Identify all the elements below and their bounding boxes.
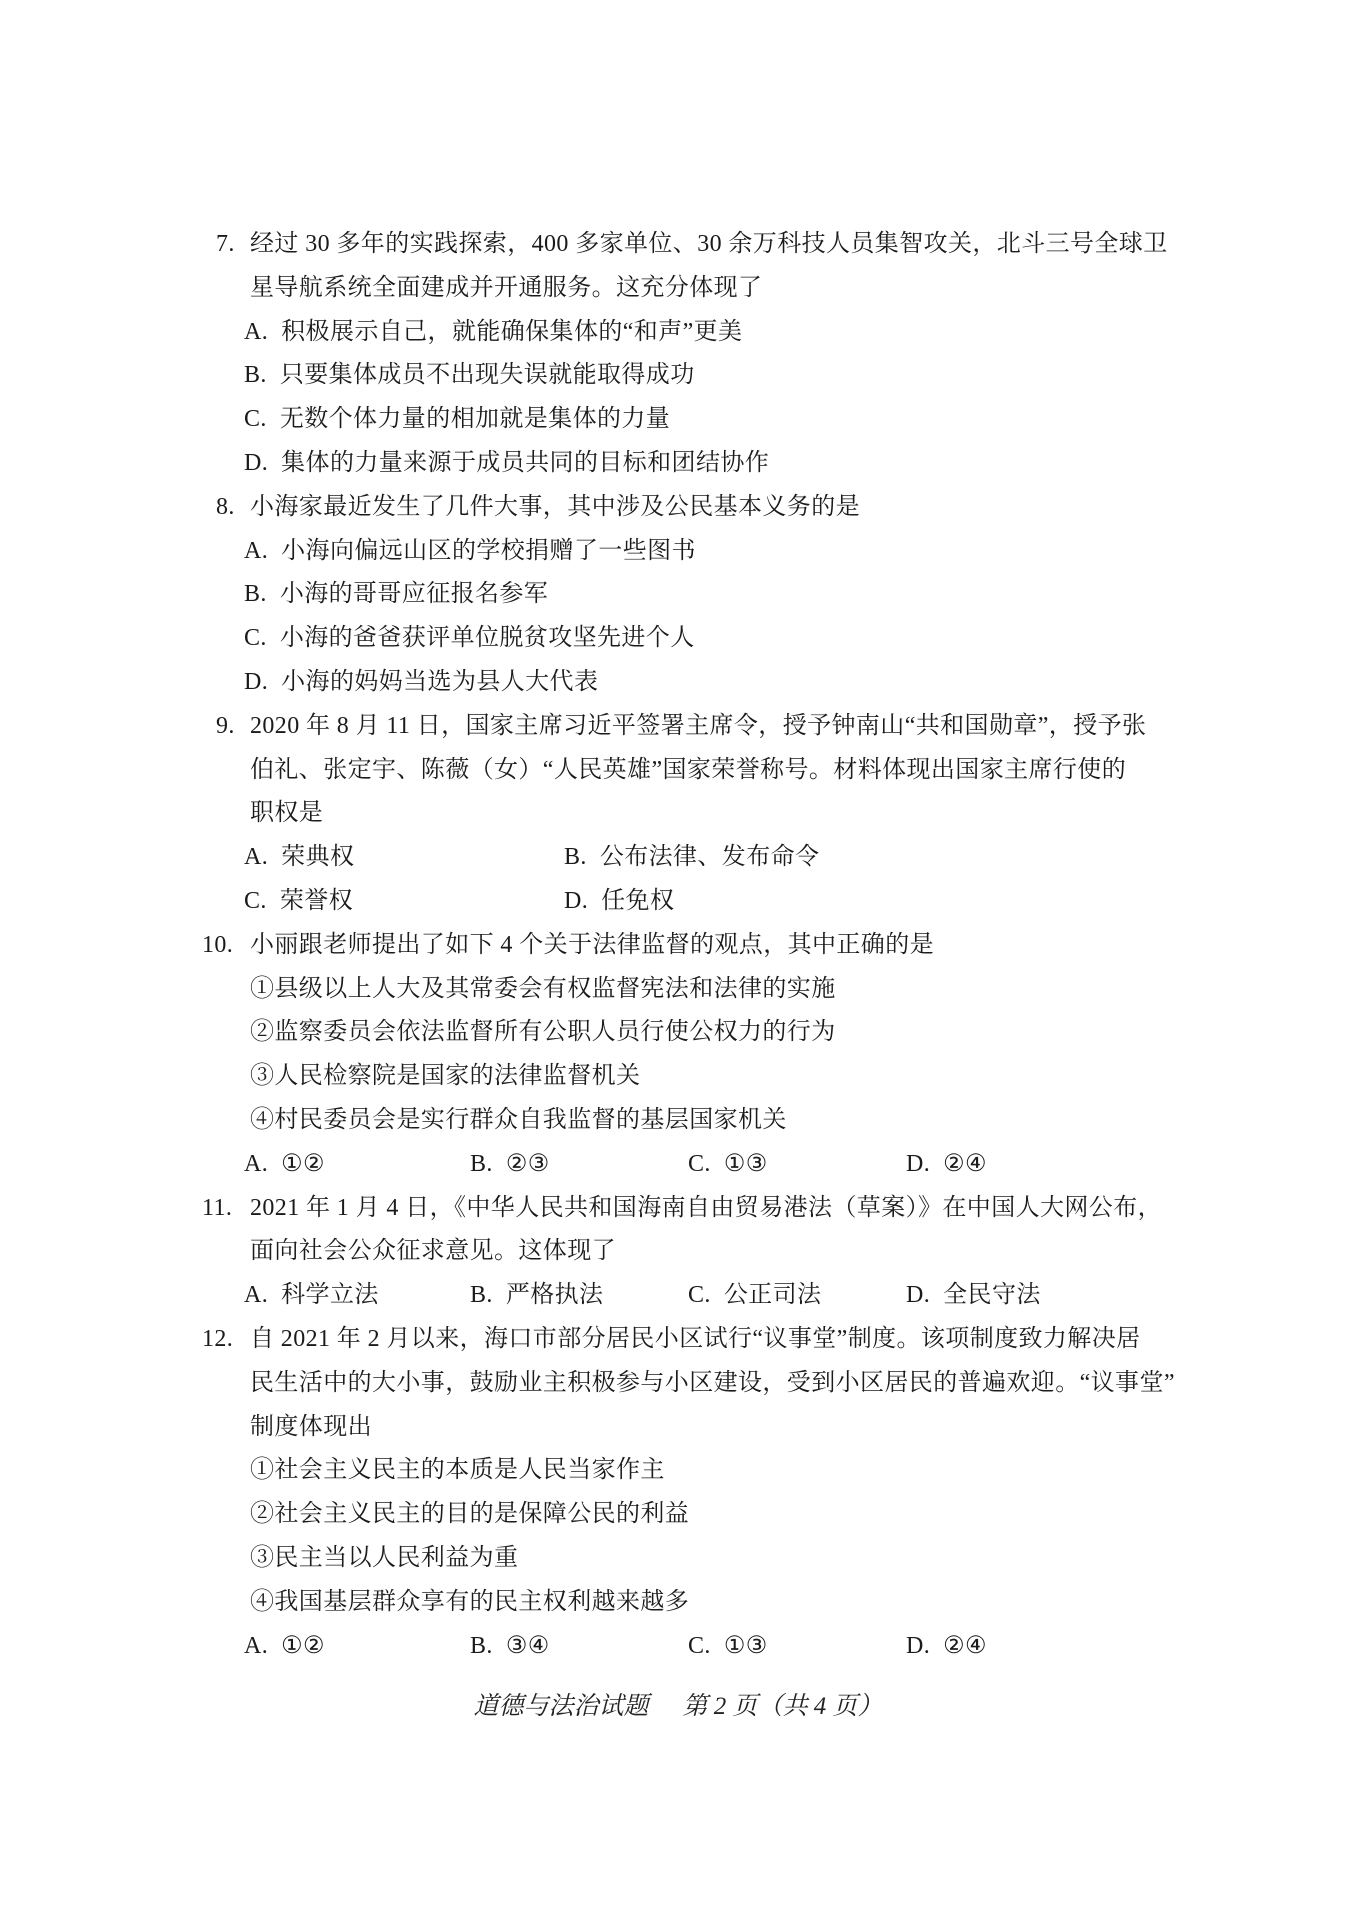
option-label: D.: [906, 1151, 930, 1177]
question-7-option-d: D.集体的力量来源于成员共同的目标和团结协作: [0, 442, 1356, 486]
question-number: 11.: [202, 1187, 232, 1231]
question-12-stem-line: 12. 自 2021 年 2 月以来，海口市部分居民小区试行“议事堂”制度。该项…: [0, 1318, 1356, 1362]
option-label: B.: [244, 581, 267, 607]
question-stem-text: 经过 30 多年的实践探索，400 多家单位、30 余万科技人员集智攻关，北斗三…: [250, 223, 1168, 267]
subitem-text: ④我国基层群众享有的民主权利越来越多: [250, 1581, 689, 1625]
question-10-options-row: A.①② B.②③ C.①③ D.②④: [0, 1143, 1356, 1187]
question-number: 10.: [202, 924, 233, 968]
option-text: 只要集体成员不出现失误就能取得成功: [280, 362, 695, 388]
option-label: B.: [470, 1633, 493, 1659]
question-12-options-row: A.①② B.③④ C.①③ D.②④: [0, 1625, 1356, 1669]
subitem-text: ②社会主义民主的目的是保障公民的利益: [250, 1493, 689, 1537]
question-9-stem-line: 职权是: [0, 792, 1356, 836]
question-8-stem-line: 8. 小海家最近发生了几件大事，其中涉及公民基本义务的是: [0, 486, 1356, 530]
question-number: 7.: [216, 223, 235, 267]
question-stem-text: 星导航系统全面建成并开通服务。这充分体现了: [250, 267, 762, 311]
option-text: ①②: [281, 1633, 325, 1659]
question-7-option-c: C.无数个体力量的相加就是集体的力量: [0, 398, 1356, 442]
question-stem-text: 制度体现出: [250, 1406, 372, 1450]
question-8-option-d: D.小海的妈妈当选为县人大代表: [0, 661, 1356, 705]
option-label: A.: [244, 538, 268, 564]
option-label: C.: [688, 1151, 711, 1177]
option-label: B.: [244, 362, 267, 388]
question-9-options-row-1: A.荣典权 B.公布法律、发布命令: [0, 836, 1356, 880]
question-10-subitem-3: ③人民检察院是国家的法律监督机关: [0, 1055, 1356, 1099]
option-text: ①③: [724, 1151, 768, 1177]
option-text: 公正司法: [724, 1282, 822, 1308]
footer-exam-title: 道德与法治试题: [473, 1693, 648, 1720]
option-text: 全民守法: [943, 1282, 1041, 1308]
subitem-text: ①县级以上人大及其常委会有权监督宪法和法律的实施: [250, 968, 836, 1012]
questions-area: 7. 经过 30 多年的实践探索，400 多家单位、30 余万科技人员集智攻关，…: [0, 0, 1356, 1668]
question-12-subitem-4: ④我国基层群众享有的民主权利越来越多: [0, 1581, 1356, 1625]
question-7-stem-line: 7. 经过 30 多年的实践探索，400 多家单位、30 余万科技人员集智攻关，…: [0, 223, 1356, 267]
question-9-stem-line: 9. 2020 年 8 月 11 日，国家主席习近平签署主席令，授予钟南山“共和…: [0, 705, 1356, 749]
question-number: 12.: [202, 1318, 233, 1362]
question-8-option-c: C.小海的爸爸获评单位脱贫攻坚先进个人: [0, 617, 1356, 661]
question-11-stem-line: 面向社会公众征求意见。这体现了: [0, 1230, 1356, 1274]
option-label: A.: [244, 1282, 268, 1308]
option-label: A.: [244, 844, 268, 870]
question-9-stem-line: 伯礼、张定宇、陈薇（女）“人民英雄”国家荣誉称号。材料体现出国家主席行使的: [0, 749, 1356, 793]
question-stem-text: 民生活中的大小事，鼓励业主积极参与小区建设，受到小区居民的普遍欢迎。“议事堂”: [250, 1362, 1175, 1406]
question-7-option-a: A.积极展示自己，就能确保集体的“和声”更美: [0, 311, 1356, 355]
option-text: 无数个体力量的相加就是集体的力量: [280, 406, 670, 432]
option-label: B.: [470, 1282, 493, 1308]
option-text: 积极展示自己，就能确保集体的“和声”更美: [281, 319, 742, 345]
question-12-stem-line: 制度体现出: [0, 1406, 1356, 1450]
question-10-subitem-2: ②监察委员会依法监督所有公职人员行使公权力的行为: [0, 1011, 1356, 1055]
option-label: C.: [244, 406, 267, 432]
option-label: D.: [906, 1282, 930, 1308]
question-12-subitem-3: ③民主当以人民利益为重: [0, 1537, 1356, 1581]
question-9-options-row-2: C.荣誉权 D.任免权: [0, 880, 1356, 924]
option-text: 小海的哥哥应征报名参军: [280, 581, 548, 607]
question-stem-text: 职权是: [250, 792, 323, 836]
question-stem-text: 小海家最近发生了几件大事，其中涉及公民基本义务的是: [250, 486, 860, 530]
option-text: ①③: [724, 1633, 768, 1659]
question-number: 9.: [216, 705, 235, 749]
option-text: ①②: [281, 1151, 325, 1177]
question-number: 8.: [216, 486, 235, 530]
option-label: B.: [564, 844, 587, 870]
option-label: A.: [244, 1633, 268, 1659]
option-text: ③④: [506, 1633, 550, 1659]
option-label: C.: [688, 1633, 711, 1659]
option-label: A.: [244, 319, 268, 345]
option-text: 荣典权: [281, 844, 354, 870]
question-10-subitem-4: ④村民委员会是实行群众自我监督的基层国家机关: [0, 1099, 1356, 1143]
option-text: 严格执法: [506, 1282, 604, 1308]
option-label: C.: [244, 888, 267, 914]
question-10-subitem-1: ①县级以上人大及其常委会有权监督宪法和法律的实施: [0, 968, 1356, 1012]
footer-page-number: 第 2 页（共 4 页）: [683, 1693, 883, 1720]
option-text: 任免权: [601, 888, 674, 914]
question-12-stem-line: 民生活中的大小事，鼓励业主积极参与小区建设，受到小区居民的普遍欢迎。“议事堂”: [0, 1362, 1356, 1406]
question-8-option-b: B.小海的哥哥应征报名参军: [0, 573, 1356, 617]
question-7-stem-line: 星导航系统全面建成并开通服务。这充分体现了: [0, 267, 1356, 311]
question-stem-text: 2020 年 8 月 11 日，国家主席习近平签署主席令，授予钟南山“共和国勋章…: [250, 705, 1146, 749]
option-text: 小海的妈妈当选为县人大代表: [281, 669, 598, 695]
subitem-text: ③民主当以人民利益为重: [250, 1537, 518, 1581]
option-text: ②④: [943, 1633, 987, 1659]
option-label: D.: [906, 1633, 930, 1659]
option-label: C.: [244, 625, 267, 651]
option-text: 公布法律、发布命令: [600, 844, 820, 870]
question-stem-text: 小丽跟老师提出了如下 4 个关于法律监督的观点，其中正确的是: [250, 924, 934, 968]
question-11-stem-line: 11. 2021 年 1 月 4 日，《中华人民共和国海南自由贸易港法（草案）》…: [0, 1187, 1356, 1231]
option-text: 科学立法: [281, 1282, 379, 1308]
subitem-text: ③人民检察院是国家的法律监督机关: [250, 1055, 640, 1099]
subitem-text: ②监察委员会依法监督所有公职人员行使公权力的行为: [250, 1011, 836, 1055]
option-text: 集体的力量来源于成员共同的目标和团结协作: [281, 450, 769, 476]
option-label: D.: [244, 669, 268, 695]
subitem-text: ①社会主义民主的本质是人民当家作主: [250, 1449, 665, 1493]
question-8-option-a: A.小海向偏远山区的学校捐赠了一些图书: [0, 530, 1356, 574]
option-text: 小海向偏远山区的学校捐赠了一些图书: [281, 538, 696, 564]
option-label: A.: [244, 1151, 268, 1177]
question-stem-text: 伯礼、张定宇、陈薇（女）“人民英雄”国家荣誉称号。材料体现出国家主席行使的: [250, 749, 1126, 793]
question-stem-text: 2021 年 1 月 4 日，《中华人民共和国海南自由贸易港法（草案）》在中国人…: [250, 1187, 1162, 1231]
question-7-option-b: B.只要集体成员不出现失误就能取得成功: [0, 354, 1356, 398]
option-text: 小海的爸爸获评单位脱贫攻坚先进个人: [280, 625, 695, 651]
question-12-subitem-2: ②社会主义民主的目的是保障公民的利益: [0, 1493, 1356, 1537]
option-label: D.: [564, 888, 588, 914]
exam-paper-page: 7. 经过 30 多年的实践探索，400 多家单位、30 余万科技人员集智攻关，…: [0, 0, 1356, 1919]
question-stem-text: 面向社会公众征求意见。这体现了: [250, 1230, 616, 1274]
option-label: B.: [470, 1151, 493, 1177]
option-label: D.: [244, 450, 268, 476]
question-12-subitem-1: ①社会主义民主的本质是人民当家作主: [0, 1449, 1356, 1493]
option-label: C.: [688, 1282, 711, 1308]
question-11-options-row: A.科学立法 B.严格执法 C.公正司法 D.全民守法: [0, 1274, 1356, 1318]
question-10-stem-line: 10. 小丽跟老师提出了如下 4 个关于法律监督的观点，其中正确的是: [0, 924, 1356, 968]
option-text: ②③: [506, 1151, 550, 1177]
page-footer: 道德与法治试题第 2 页（共 4 页）: [0, 1686, 1356, 1722]
option-text: 荣誉权: [280, 888, 353, 914]
option-text: ②④: [943, 1151, 987, 1177]
subitem-text: ④村民委员会是实行群众自我监督的基层国家机关: [250, 1099, 787, 1143]
question-stem-text: 自 2021 年 2 月以来，海口市部分居民小区试行“议事堂”制度。该项制度致力…: [250, 1318, 1141, 1362]
